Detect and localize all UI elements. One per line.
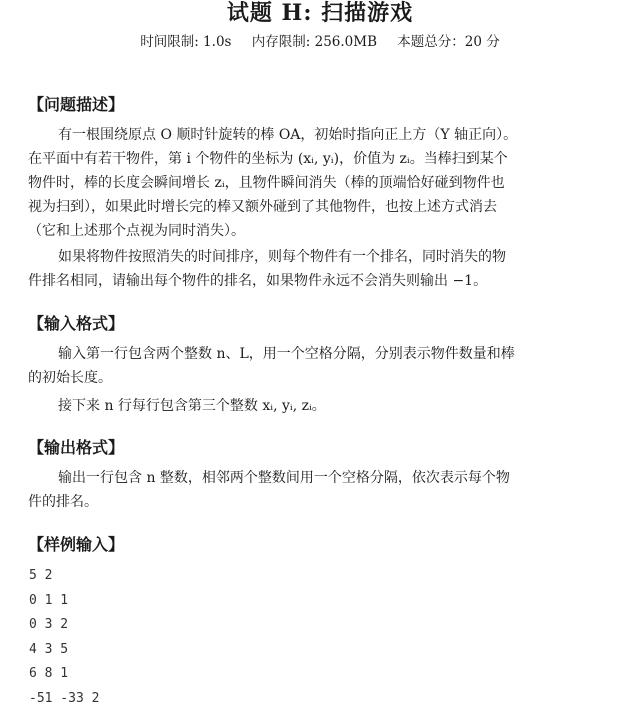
- memory-limit: 内存限制: 256.0MB: [252, 34, 377, 50]
- problem-meta: 时间限制: 1.0s 内存限制: 256.0MB 本题总分：20 分: [0, 32, 640, 52]
- problem-title: 试题 H: 扫描游戏: [0, 0, 640, 28]
- sample-line: 5 2: [29, 564, 99, 589]
- section-heading-description: 【问题描述】: [28, 94, 124, 116]
- sample-line: 4 3 5: [29, 638, 99, 663]
- sample-line: 6 8 1: [29, 662, 99, 687]
- input-paragraph-2: 接下来 n 行每行包含第三个整数 xᵢ, yᵢ, zᵢ。: [28, 394, 548, 418]
- sample-line: 0 1 1: [29, 589, 99, 614]
- section-heading-input: 【输入格式】: [28, 313, 124, 335]
- text-line: 在平面中有若干物件，第 i 个物件的坐标为 (xᵢ, yᵢ)，价值为 zᵢ。当棒…: [28, 147, 548, 171]
- sample-line: 0 3 2: [29, 613, 99, 638]
- input-paragraph-1: 输入第一行包含两个整数 n、L，用一个空格分隔，分别表示物件数量和棒 的初始长度…: [28, 342, 548, 390]
- time-limit: 时间限制: 1.0s: [140, 34, 231, 50]
- text-line: 视为扫到），如果此时增长完的棒又额外碰到了其他物件，也按上述方式消去: [28, 195, 548, 219]
- text-line: 的初始长度。: [28, 366, 548, 390]
- section-heading-output: 【输出格式】: [28, 437, 124, 459]
- text-line: 输入第一行包含两个整数 n、L，用一个空格分隔，分别表示物件数量和棒: [28, 342, 548, 366]
- description-paragraph-1: 有一根围绕原点 O 顺时针旋转的棒 OA，初始时指向正上方（Y 轴正向）。 在平…: [28, 123, 548, 243]
- sample-input-block: 5 20 1 10 3 24 3 56 8 1-51 -33 2: [29, 564, 99, 711]
- text-line: 有一根围绕原点 O 顺时针旋转的棒 OA，初始时指向正上方（Y 轴正向）。: [28, 123, 548, 147]
- text-line: 件的排名。: [28, 490, 548, 514]
- total-score: 本题总分：20 分: [397, 34, 499, 50]
- text-line: 输出一行包含 n 整数，相邻两个整数间用一个空格分隔，依次表示每个物: [28, 466, 548, 490]
- text-line: 接下来 n 行每行包含第三个整数 xᵢ, yᵢ, zᵢ。: [28, 394, 548, 418]
- text-line: （它和上述那个点视为同时消失）。: [28, 219, 548, 243]
- text-line: 件排名相同，请输出每个物件的排名，如果物件永远不会消失则输出 −1。: [28, 269, 548, 293]
- output-paragraph-1: 输出一行包含 n 整数，相邻两个整数间用一个空格分隔，依次表示每个物 件的排名。: [28, 466, 548, 514]
- sample-line: -51 -33 2: [29, 687, 99, 712]
- description-paragraph-2: 如果将物件按照消失的时间排序，则每个物件有一个排名，同时消失的物 件排名相同，请…: [28, 245, 548, 293]
- text-line: 如果将物件按照消失的时间排序，则每个物件有一个排名，同时消失的物: [28, 245, 548, 269]
- text-line: 物件时，棒的长度会瞬间增长 zᵢ，且物件瞬间消失（棒的顶端恰好碰到物件也: [28, 171, 548, 195]
- section-heading-sample-input: 【样例输入】: [28, 534, 124, 556]
